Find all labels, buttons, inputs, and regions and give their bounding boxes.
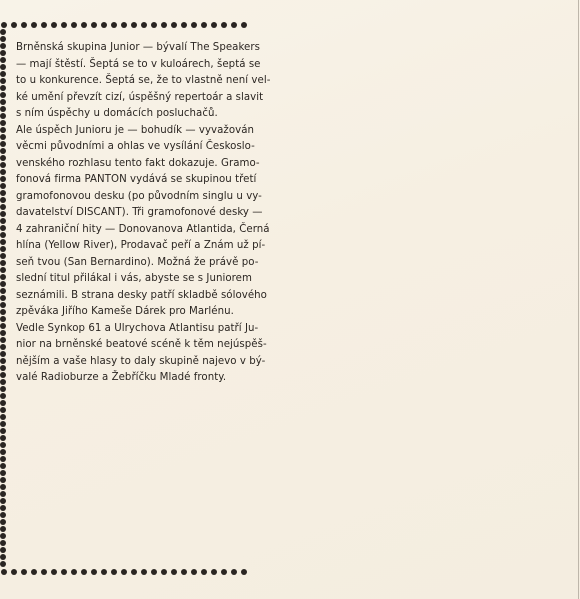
border-dot bbox=[0, 218, 6, 224]
border-dot bbox=[21, 22, 27, 28]
text-line: 4 zahraniční hity — Donovanova Atlantida… bbox=[16, 222, 244, 239]
border-dot bbox=[0, 519, 6, 525]
border-dot bbox=[0, 43, 6, 49]
border-dot bbox=[0, 456, 6, 462]
border-dot bbox=[0, 449, 6, 455]
border-dot bbox=[0, 169, 6, 175]
border-dot bbox=[0, 407, 6, 413]
text-line: seň tvou (San Bernardino). Možná že práv… bbox=[16, 255, 244, 272]
border-dot bbox=[0, 281, 6, 287]
border-dot bbox=[201, 22, 207, 28]
text-line: slední titul přilákal i vás, abyste se s… bbox=[16, 271, 244, 288]
border-dot bbox=[0, 512, 6, 518]
border-dot bbox=[0, 505, 6, 511]
border-dot bbox=[51, 22, 57, 28]
border-dot bbox=[0, 183, 6, 189]
border-dot bbox=[0, 414, 6, 420]
border-dot bbox=[0, 477, 6, 483]
border-dot bbox=[0, 540, 6, 546]
border-dot bbox=[0, 197, 6, 203]
text-line: davatelství DISCANT). Tři gramofonové de… bbox=[16, 205, 244, 222]
border-dot bbox=[11, 569, 17, 575]
border-dot bbox=[241, 22, 247, 28]
border-dot bbox=[0, 211, 6, 217]
border-dot bbox=[41, 22, 47, 28]
border-dot bbox=[0, 162, 6, 168]
border-dot bbox=[0, 36, 6, 42]
border-dot bbox=[121, 22, 127, 28]
border-dot bbox=[31, 22, 37, 28]
border-dot bbox=[0, 274, 6, 280]
border-dot bbox=[0, 316, 6, 322]
border-dot bbox=[171, 569, 177, 575]
border-dot bbox=[221, 569, 227, 575]
border-dot bbox=[0, 533, 6, 539]
border-dot bbox=[51, 569, 57, 575]
border-dot bbox=[101, 569, 107, 575]
border-dot bbox=[0, 225, 6, 231]
border-dot bbox=[0, 302, 6, 308]
text-line: valé Radioburze a Žebříčku Mladé fronty. bbox=[16, 370, 244, 387]
border-dot bbox=[0, 498, 6, 504]
border-dot bbox=[151, 569, 157, 575]
border-dot bbox=[0, 554, 6, 560]
border-dot bbox=[1, 22, 7, 28]
border-dot bbox=[0, 78, 6, 84]
border-dot bbox=[0, 232, 6, 238]
border-dot bbox=[0, 309, 6, 315]
border-dot bbox=[241, 569, 247, 575]
border-dot bbox=[81, 22, 87, 28]
border-dot bbox=[61, 569, 67, 575]
border-dot bbox=[0, 463, 6, 469]
border-dot bbox=[0, 379, 6, 385]
text-line: zpěváka Jiřího Kameše Dárek pro Marlénu. bbox=[16, 304, 244, 321]
border-dot bbox=[0, 547, 6, 553]
border-dot bbox=[231, 569, 237, 575]
border-dot bbox=[31, 569, 37, 575]
text-line: nějším a vaše hlasy to daly skupině naje… bbox=[16, 354, 244, 371]
border-dot bbox=[71, 22, 77, 28]
text-line: to u konkurence. Šeptá se, že to vlastně… bbox=[16, 73, 244, 90]
text-line: s ním úspěchy u domácích posluchačů. bbox=[16, 106, 244, 123]
border-dot bbox=[0, 288, 6, 294]
border-dot bbox=[131, 569, 137, 575]
border-dot bbox=[0, 246, 6, 252]
border-dot bbox=[81, 569, 87, 575]
border-dot bbox=[0, 50, 6, 56]
border-dot bbox=[0, 253, 6, 259]
border-dot bbox=[91, 22, 97, 28]
border-dot bbox=[0, 92, 6, 98]
liner-notes-text: Brněnská skupina Junior — bývalí The Spe… bbox=[16, 40, 244, 387]
border-dot bbox=[61, 22, 67, 28]
border-dot bbox=[211, 569, 217, 575]
text-line: fonová firma PANTON vydává se skupinou t… bbox=[16, 172, 244, 189]
border-dot bbox=[0, 176, 6, 182]
border-dot bbox=[41, 569, 47, 575]
border-dot bbox=[0, 99, 6, 105]
border-dot bbox=[0, 71, 6, 77]
border-dot bbox=[0, 155, 6, 161]
border-dot bbox=[221, 22, 227, 28]
border-dot bbox=[161, 22, 167, 28]
border-dot bbox=[0, 295, 6, 301]
border-dot bbox=[0, 57, 6, 63]
text-line: ké umění převzít cizí, úspěšný repertoár… bbox=[16, 90, 244, 107]
border-dot bbox=[0, 421, 6, 427]
border-dot bbox=[0, 442, 6, 448]
border-dot bbox=[0, 113, 6, 119]
text-line: seznámili. B strana desky patří skladbě … bbox=[16, 288, 244, 305]
border-dot bbox=[231, 22, 237, 28]
border-dot bbox=[0, 365, 6, 371]
border-dot bbox=[0, 190, 6, 196]
border-dot bbox=[171, 22, 177, 28]
border-dot bbox=[111, 22, 117, 28]
border-dot bbox=[141, 569, 147, 575]
border-dot bbox=[101, 22, 107, 28]
text-line: nior na brněnské beatové scéně k těm nej… bbox=[16, 337, 244, 354]
border-dot bbox=[0, 204, 6, 210]
border-dot bbox=[0, 428, 6, 434]
text-line: venského rozhlasu tento fakt dokazuje. G… bbox=[16, 156, 244, 173]
border-dot bbox=[0, 267, 6, 273]
border-dot bbox=[0, 64, 6, 70]
text-line: — mají štěstí. Šeptá se to v kuloárech, … bbox=[16, 57, 244, 74]
border-dot bbox=[0, 561, 6, 567]
record-sleeve-paper: Brněnská skupina Junior — bývalí The Spe… bbox=[0, 0, 580, 599]
border-dot bbox=[0, 120, 6, 126]
border-dot bbox=[11, 22, 17, 28]
border-dot bbox=[0, 29, 6, 35]
border-dot bbox=[0, 393, 6, 399]
border-dot bbox=[201, 569, 207, 575]
text-line: Ale úspěch Junioru je — bohudík — vyvažo… bbox=[16, 123, 244, 140]
border-dot bbox=[1, 569, 7, 575]
border-dot bbox=[0, 435, 6, 441]
text-line: hlína (Yellow River), Prodavač peří a Zn… bbox=[16, 238, 244, 255]
text-line: věcmi původními a ohlas ve vysílání Česk… bbox=[16, 139, 244, 156]
border-dot bbox=[111, 569, 117, 575]
border-dot bbox=[0, 85, 6, 91]
text-line: Brněnská skupina Junior — bývalí The Spe… bbox=[16, 40, 244, 57]
border-dot bbox=[151, 22, 157, 28]
border-dot bbox=[0, 358, 6, 364]
border-dot bbox=[0, 134, 6, 140]
border-dot bbox=[0, 372, 6, 378]
border-dot bbox=[141, 22, 147, 28]
text-line: gramofonovou desku (po původním singlu u… bbox=[16, 189, 244, 206]
border-dot bbox=[131, 22, 137, 28]
border-dot bbox=[191, 22, 197, 28]
border-dot bbox=[0, 127, 6, 133]
border-dot bbox=[0, 491, 6, 497]
border-dot bbox=[71, 569, 77, 575]
border-dot bbox=[0, 141, 6, 147]
border-dot bbox=[0, 239, 6, 245]
border-dot bbox=[0, 351, 6, 357]
border-dot bbox=[0, 470, 6, 476]
border-dot bbox=[0, 484, 6, 490]
border-dot bbox=[0, 386, 6, 392]
border-dot bbox=[161, 569, 167, 575]
border-dot bbox=[211, 22, 217, 28]
border-dot bbox=[0, 344, 6, 350]
border-dot bbox=[0, 337, 6, 343]
border-dot bbox=[121, 569, 127, 575]
border-dot bbox=[0, 260, 6, 266]
border-dot bbox=[181, 22, 187, 28]
border-dot bbox=[0, 323, 6, 329]
border-dot bbox=[181, 569, 187, 575]
border-dot bbox=[21, 569, 27, 575]
border-dot bbox=[0, 330, 6, 336]
border-dot bbox=[0, 106, 6, 112]
border-dot bbox=[91, 569, 97, 575]
border-dot bbox=[0, 148, 6, 154]
border-dot bbox=[0, 526, 6, 532]
text-line: Vedle Synkop 61 a Ulrychova Atlantisu pa… bbox=[16, 321, 244, 338]
border-dot bbox=[0, 400, 6, 406]
border-dot bbox=[191, 569, 197, 575]
